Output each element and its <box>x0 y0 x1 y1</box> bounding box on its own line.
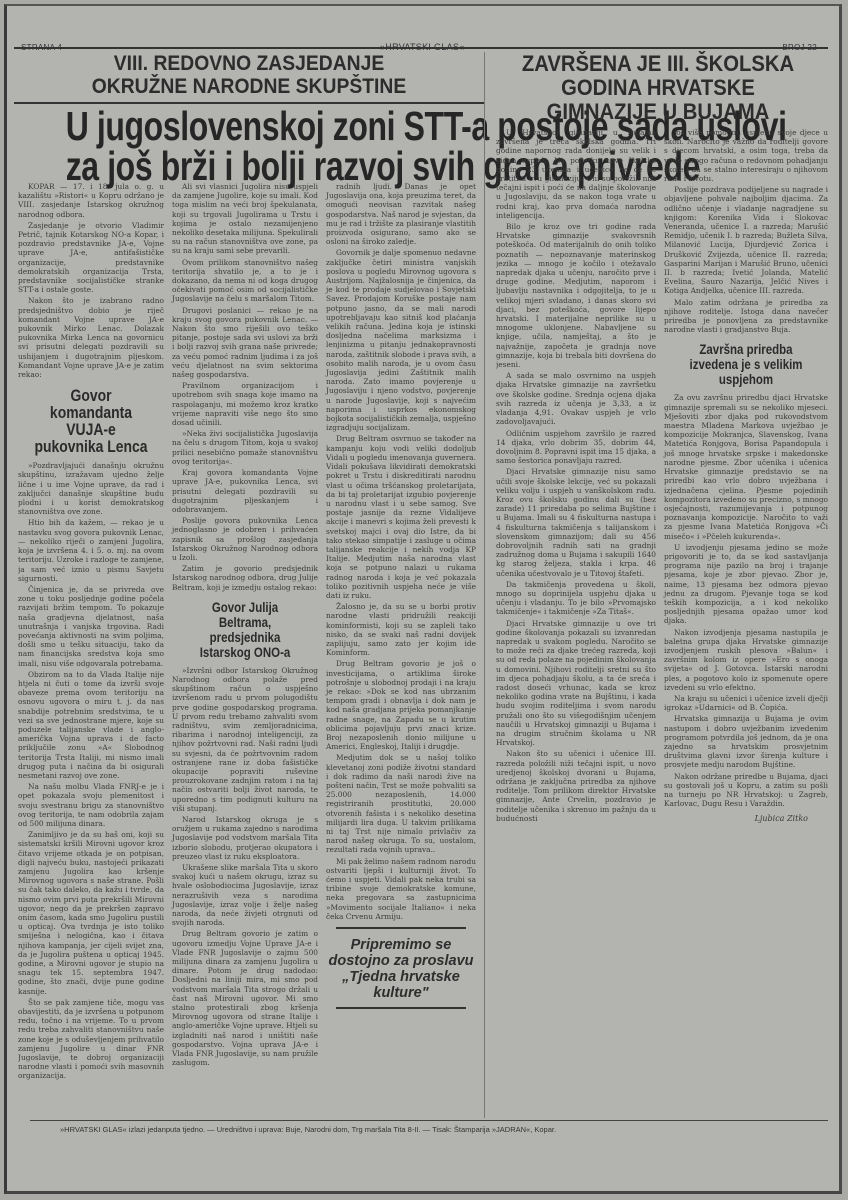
paragraph: Žalosno je, da su se u borbi protiv naro… <box>326 602 476 657</box>
culture-week-promo: Pripremimo se dostojno za proslavu „Tjed… <box>326 929 476 1001</box>
paragraph: Medjutim dok se u našoj toliko klevetano… <box>326 753 476 854</box>
author-signature: Ljubica Zitko <box>664 814 828 823</box>
paragraph: »Izvršni odbor Istarskog Okružnog Narodn… <box>172 666 318 813</box>
headline-line-1: U jugoslovenskoj zoni STT-a postoje sada… <box>66 106 433 146</box>
paragraph: Što se pak zamjene tiče, mogu vas obavij… <box>18 998 164 1081</box>
paragraph: Bilo je kroz ove tri godine rada Hrvatsk… <box>496 222 656 369</box>
paragraph: Odličnim uspjehom završilo je razred 14 … <box>496 429 656 466</box>
gymnasium-headline-line-2: GODINA HRVATSKE <box>502 76 815 100</box>
promo-bottom-rule <box>336 1007 466 1009</box>
assembly-kicker-line-2: OKRUŽNE NARODNE SKUPŠTINE <box>33 75 465 98</box>
masthead-rule <box>14 47 828 49</box>
imprint-footer: »HRVATSKI GLAS« izlazi jedanputa tjedno.… <box>60 1125 556 1134</box>
gymnasium-article-body: U Hrvatskoj gimnaziji u Bujama završena … <box>496 128 830 1113</box>
subheading-beltram-speech: Govor Julija Beltrama, predsjednika Ista… <box>185 600 305 660</box>
promo-line-3: „Tjedna hrvatske <box>326 969 476 985</box>
paragraph: Ukrašene slike maršala Tita u skoro svak… <box>172 863 318 927</box>
paragraph: Djaci Hrvatske gimnazije nisu samo učili… <box>496 467 656 577</box>
paragraph: U Hrvatskoj gimnaziji u Bujama završena … <box>496 128 656 220</box>
paragraph: Za ovu završnu priredbu djaci Hrvatske g… <box>664 393 828 540</box>
promo-line-2: dostojno za proslavu <box>326 953 476 969</box>
paragraph: Poslije govora pukovnika Lenca jednoglas… <box>172 516 318 562</box>
paragraph: Na našu molbu Vlada FNRJ-e je i opet pok… <box>18 782 164 828</box>
subheading-final-performance: Završna priredba izvedena je s velikim u… <box>679 342 813 387</box>
gymnasium-column-2: još više pomognu uspjehu svoje djece u š… <box>664 128 828 1113</box>
paragraph: radnih ljudi. Danas je opet Jugoslavija … <box>326 182 476 246</box>
paragraph: »Neka živi socijalistička Jugoslavija na… <box>172 429 318 466</box>
paragraph: Mi pak želimo našem radnom narodu ostvar… <box>326 857 476 921</box>
paragraph: još više pomognu uspjehu svoje djece u š… <box>664 128 828 183</box>
paragraph: Djaci Hrvatske gimnazije u ove tri godin… <box>496 619 656 748</box>
paragraph: Zanimljivo je da su baš oni, koji su sis… <box>18 830 164 996</box>
paragraph: Malo zatim održana je priredba za njihov… <box>664 298 828 335</box>
paragraph: A sada se malo osvrnimo na uspjeh djaka … <box>496 371 656 426</box>
promo-line-4: kulture" <box>326 985 476 1001</box>
paragraph: Narod Istarskog okruga je s oružjem u ru… <box>172 815 318 861</box>
assembly-article-header: VIII. REDOVNO ZASJEDANJE OKRUŽNE NARODNE… <box>14 52 484 186</box>
headline-line-2: za još brži i bolji razvoj svih grana pr… <box>66 146 433 186</box>
paragraph: Zatim je govorio predsjednik Istarskog n… <box>172 564 318 592</box>
paragraph: Ovom prilikom stanovništvo našeg teritor… <box>172 258 318 304</box>
paragraph: Pravilnom organizacijom i upotrebom svih… <box>172 381 318 427</box>
paragraph: Ali svi vlasnici Jugolira nisu uspjeli d… <box>172 182 318 256</box>
subheading-lenac-speech: Govor komandanta VUJA-e pukovnika Lenca <box>31 387 151 455</box>
paragraph: Činjenica je, da se privreda ove zone u … <box>18 585 164 668</box>
gymnasium-article-header: ZAVRŠENA JE III. ŠKOLSKA GODINA HRVATSKE… <box>488 52 828 124</box>
paragraph: Drug Beltram govorio je zatim o ugovoru … <box>172 929 318 1067</box>
paragraph: Kraj govora komandanta Vojne uprave JA-e… <box>172 468 318 514</box>
paragraph: Drug Beltram osvrnuo se također na kampa… <box>326 434 476 600</box>
assembly-headline: U jugoslovenskoj zoni STT-a postoje sada… <box>66 106 433 186</box>
paragraph: Drugovi poslanici — rekao je na kraju sv… <box>172 306 318 380</box>
article-column-3: radnih ljudi. Danas je opet Jugoslavija … <box>326 182 476 1112</box>
footer-rule <box>30 1120 828 1121</box>
paragraph: Drug Beltram govorio je još o investicij… <box>326 659 476 751</box>
gymnasium-headline-line-1: ZAVRŠENA JE III. ŠKOLSKA <box>502 52 815 76</box>
paragraph: Nakon što je izabrano radno predsjedništ… <box>18 296 164 379</box>
gymnasium-column-1: U Hrvatskoj gimnaziji u Bujama završena … <box>496 128 656 1113</box>
promo-line-1: Pripremimo se <box>326 937 476 953</box>
gymnasium-headline-line-3: GIMNAZIJE U BUJAMA <box>502 100 815 124</box>
paragraph: »Pozdravljajući današnju okružnu skupšti… <box>18 461 164 516</box>
article-column-1: KOPAR — 17. i 18. jula o. g. u kazalištu… <box>18 182 164 1112</box>
assembly-kicker-line-1: VIII. REDOVNO ZASJEDANJE <box>33 52 465 75</box>
paragraph: Na kraju su učenici i učenice izveli dje… <box>664 694 828 712</box>
paragraph: Hrvatska gimnazija u Bujama je ovim nast… <box>664 714 828 769</box>
paragraph: Govornik je dalje spomenuo nedavne zaklj… <box>326 248 476 432</box>
paragraph: Nakon održane priredbe u Bujama, djaci s… <box>664 772 828 809</box>
paragraph: KOPAR — 17. i 18. jula o. g. u kazalištu… <box>18 182 164 219</box>
paragraph: Obzirom na to da Vlada Italije nije htje… <box>18 670 164 780</box>
paragraph: Nakon izvodjenja pjesama nastupila je ba… <box>664 628 828 692</box>
paragraph: Zasjedanje je otvorio Vladimir Petrič, t… <box>18 221 164 295</box>
paragraph: Htio bih da kažem, — rekao je u nastavku… <box>18 518 164 582</box>
column-divider <box>484 52 485 1118</box>
article-column-2: Ali svi vlasnici Jugolira nisu uspjeli d… <box>172 182 318 1112</box>
paragraph: U izvodjenju pjesama jedino se može prig… <box>664 543 828 626</box>
paragraph: Nakon što su učenici i učenice III. razr… <box>496 749 656 823</box>
paragraph: Da takmičenja provedena u školi, mnogo s… <box>496 580 656 617</box>
paragraph: Poslije pozdrava podijeljene su nagrade … <box>664 185 828 295</box>
assembly-article-body: KOPAR — 17. i 18. jula o. g. u kazalištu… <box>18 182 480 1112</box>
